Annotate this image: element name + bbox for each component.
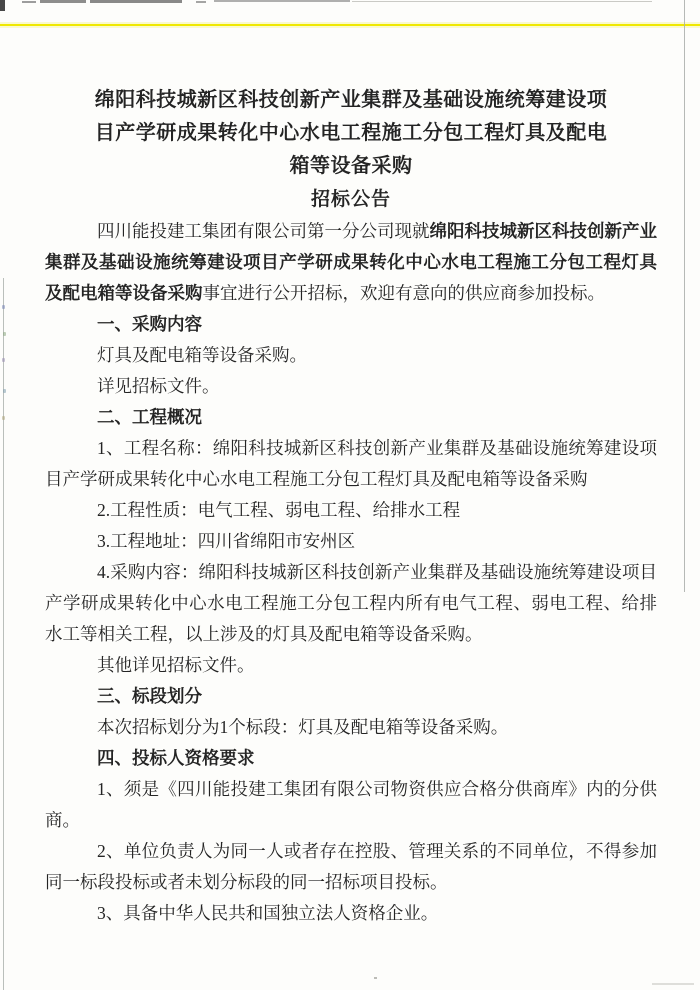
title-line-1: 绵阳科技城新区科技创新产业集群及基础设施统筹建设项 bbox=[45, 84, 657, 117]
section-1-paragraph: 灯具及配电箱等设备采购。 bbox=[45, 340, 657, 371]
scanned-document-page: 绵阳科技城新区科技创新产业集群及基础设施统筹建设项 目产学研成果转化中心水电工程… bbox=[0, 0, 700, 990]
section-2-paragraph: 其他详见招标文件。 bbox=[45, 650, 657, 681]
section-2-heading: 二、工程概况 bbox=[45, 402, 657, 433]
scan-left-edge-line bbox=[3, 278, 4, 990]
scan-top-streak bbox=[214, 0, 350, 2]
scan-noise-dash bbox=[652, 983, 694, 985]
section-2-paragraph: 3.工程地址：四川省绵阳市安州区 bbox=[45, 526, 657, 557]
scan-noise-speck bbox=[2, 358, 5, 362]
document-body: 绵阳科技城新区科技创新产业集群及基础设施统筹建设项 目产学研成果转化中心水电工程… bbox=[45, 84, 657, 929]
scan-top-streak bbox=[22, 1, 36, 3]
scan-top-streak bbox=[90, 0, 182, 3]
scan-noise-speck bbox=[3, 332, 6, 336]
section-3-paragraph: 本次招标划分为1个标段：灯具及配电箱等设备采购。 bbox=[45, 712, 657, 743]
scan-top-streak bbox=[352, 1, 652, 2]
section-4-paragraph: 1、须是《四川能投建工集团有限公司物资供应合格分供商库》内的分供商。 bbox=[45, 774, 657, 836]
section-1-paragraph: 详见招标文件。 bbox=[45, 371, 657, 402]
section-2-paragraph: 1、工程名称：绵阳科技城新区科技创新产业集群及基础设施统筹建设项目产学研成果转化… bbox=[45, 433, 657, 495]
section-4-heading: 四、投标人资格要求 bbox=[45, 743, 657, 774]
document-text: 四川能投建工集团有限公司第一分公司现就绵阳科技城新区科技创新产业集群及基础设施统… bbox=[45, 216, 657, 929]
section-2-paragraph: 4.采购内容：绵阳科技城新区科技创新产业集群及基础设施统筹建设项目产学研成果转化… bbox=[45, 557, 657, 650]
scan-noise-speck bbox=[2, 305, 5, 309]
scan-right-edge-line bbox=[684, 0, 685, 592]
section-1-heading: 一、采购内容 bbox=[45, 309, 657, 340]
scan-top-streak bbox=[196, 1, 206, 3]
intro-prefix: 四川能投建工集团有限公司第一分公司现就 bbox=[97, 221, 430, 241]
section-3-heading: 三、标段划分 bbox=[45, 681, 657, 712]
scan-top-streak bbox=[40, 0, 86, 3]
yellow-highlight-glow bbox=[0, 22, 700, 28]
intro-paragraph: 四川能投建工集团有限公司第一分公司现就绵阳科技城新区科技创新产业集群及基础设施统… bbox=[45, 216, 657, 309]
document-title: 绵阳科技城新区科技创新产业集群及基础设施统筹建设项 目产学研成果转化中心水电工程… bbox=[45, 84, 657, 183]
document-subtitle: 招标公告 bbox=[45, 183, 657, 216]
scan-noise-speck bbox=[3, 389, 6, 393]
yellow-highlight-line bbox=[0, 24, 700, 26]
scan-noise-speck bbox=[374, 977, 377, 979]
scan-noise-speck bbox=[2, 416, 5, 420]
title-line-2: 目产学研成果转化中心水电工程施工分包工程灯具及配电 bbox=[45, 117, 657, 150]
section-4-paragraph: 2、单位负责人为同一人或者存在控股、管理关系的不同单位，不得参加同一标段投标或者… bbox=[45, 836, 657, 898]
intro-suffix: 事宜进行公开招标，欢迎有意向的供应商参加投标。 bbox=[203, 283, 606, 303]
title-line-3: 箱等设备采购 bbox=[45, 150, 657, 183]
scan-corner-mark bbox=[0, 0, 5, 11]
section-2-paragraph: 2.工程性质：电气工程、弱电工程、给排水工程 bbox=[45, 495, 657, 526]
section-4-paragraph: 3、具备中华人民共和国独立法人资格企业。 bbox=[45, 898, 657, 929]
